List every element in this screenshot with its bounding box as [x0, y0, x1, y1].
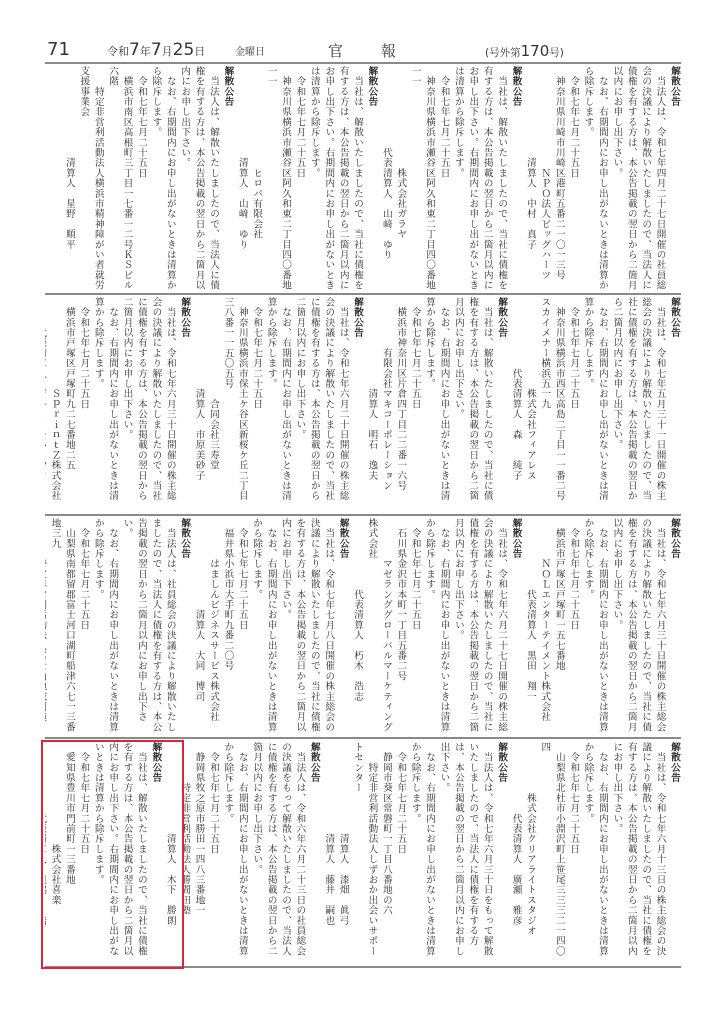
notice-title: 解散公告 — [669, 297, 680, 338]
page-header: 71 令和7年7月25日 金曜日 官報 (号外第170号) — [45, 40, 681, 62]
dissolution-notice: 解散公告 当社は、令和七年六月三十日開催の株主総会の決議により解散いたしましたの… — [45, 297, 190, 501]
date-year: 7 — [129, 40, 140, 60]
header-rule — [45, 62, 681, 64]
notice-body: 当社は、令和七年六月十三日の株主総会の決議により解散いたしましたので、当社に債権… — [511, 742, 666, 956]
issue-number-value: 170 — [521, 42, 550, 60]
notice-flow: 解散公告 当社は、令和七年六月十三日の株主総会の決議により解散いたしましたので、… — [45, 742, 681, 964]
dissolution-notice: 解散公告 当社は、令和七年五月三十一日開催の株主総会の決議により解散いたしました… — [511, 297, 680, 501]
notice-body: 当法人は、社員総会の決議により解散いたしましたので、当法人に債権を有する方は、本… — [45, 518, 176, 732]
dissolution-notice: 解散公告 当法人は、社員総会の決議により解散いたしましたので、当法人に債権を有す… — [45, 518, 190, 732]
notice-flow: 解散公告 当法人は、令和七年四月二十七日開催の社員総会の決議により解散いたしまし… — [62, 66, 681, 291]
date-era: 令和 — [107, 45, 129, 58]
date-day-suffix: 日 — [194, 45, 205, 58]
notice-body: 当法人は、令和七年四月二十七日開催の社員総会の決議により解散いたしましたので、当… — [525, 66, 666, 290]
notice-title: 解散公告 — [309, 742, 320, 783]
notice-band-1: 解散公告 当法人は、令和七年四月二十七日開催の社員総会の決議により解散いたしまし… — [45, 66, 681, 291]
notice-flow: 解散公告 当社は、令和七年六月三十日開催の株主総会の決議により解散いたしましたの… — [45, 518, 681, 734]
notice-title: 解散公告 — [150, 742, 161, 783]
page-number: 71 — [47, 39, 70, 60]
notice-title: 解散公告 — [179, 297, 190, 338]
issue-date: 令和7年7月25日 — [107, 40, 205, 60]
notice-title: 解散公告 — [669, 66, 680, 107]
notice-title: 解散公告 — [352, 297, 363, 338]
notice-body: 当社は、解散いたしましたので、当社に債権を有する方は、本公告掲載の翌日から二箇月… — [45, 742, 147, 956]
notice-title: 解散公告 — [496, 297, 507, 338]
notice-flow: 解散公告 当社は、令和七年五月三十一日開催の株主総会の決議により解散いたしました… — [45, 297, 681, 511]
band-divider — [45, 293, 681, 295]
notice-title: 解散公告 — [511, 518, 522, 559]
dissolution-notice: 解散公告 当法人は、解散いたしましたので、当法人に債権を有する方は、本公告掲載の… — [64, 66, 233, 290]
dissolution-notice: 解散公告 当法人は、令和六年六月二十三日の社員総会の決議をもって解散いたしました… — [165, 742, 320, 956]
band-divider — [45, 737, 681, 739]
notice-band-2: 解散公告 当社は、令和七年五月三十一日開催の株主総会の決議により解散いたしました… — [45, 297, 681, 511]
publication-title: 官報 — [328, 40, 434, 61]
date-month-suffix: 月 — [162, 45, 173, 58]
notice-body: 当社は、令和七年七月八日開催の株主総会の決議により解散いたしましたので、当社に債… — [194, 518, 335, 732]
notice-body: 当社は、令和七年六月二十七日開催の株主総会の決議により解散いたしましたので、当社… — [352, 518, 507, 732]
notice-body: 当社は、令和七年五月三十一日開催の株主総会の決議により解散いたしましたので、当社… — [511, 297, 666, 501]
dissolution-notice: 解散公告 当社は、解散いたしましたので、当社に債権を有する方は、本公告掲載の翌日… — [381, 66, 522, 290]
dissolution-notice: 解散公告 当社は、解散いたしましたので、当社に債権を有する方は、本公告掲載の翌日… — [237, 66, 378, 290]
notice-title: 解散公告 — [669, 518, 680, 559]
highlighted-notice: 解散公告 当社は、解散いたしましたので、当社に債権を有する方は、本公告掲載の翌日… — [45, 742, 161, 956]
weekday: 金曜日 — [235, 43, 265, 58]
footer-rule — [45, 966, 681, 968]
notice-title: 解散公告 — [222, 66, 233, 107]
dissolution-notice: 解散公告 当社は、令和七年六月三十日開催の株主総会の決議により解散いたしましたの… — [525, 518, 680, 732]
notice-title: 解散公告 — [179, 518, 190, 559]
notice-band-4: 解散公告 当社は、令和七年六月十三日の株主総会の決議により解散いたしましたので、… — [45, 742, 681, 964]
notice-title: 解散公告 — [669, 742, 680, 783]
band-divider — [45, 514, 681, 516]
dissolution-notice: 解散公告 当社は、令和七年六月二十七日開催の株主総会の決議により解散いたしました… — [352, 518, 521, 732]
dissolution-notice: 解散公告 当社は、令和七年六月十三日の株主総会の決議により解散いたしましたので、… — [511, 742, 680, 956]
notice-body: 当社は、令和七年六月三十日開催の株主総会の決議により解散いたしましたので、当社に… — [525, 518, 666, 732]
notice-body: 当法人は、令和七年六月三十日をもって解散いたしましたので、当法人に債権を有する方… — [323, 742, 492, 956]
notice-body: 当法人は、令和六年六月二十三日の社員総会の決議をもって解散いたしましたので、当法… — [165, 742, 306, 956]
issue-number: (号外第170号) — [485, 42, 564, 60]
notice-body: 当社は、解散いたしましたので、当社に債権を有する方は、本公告掲載の翌日から二箇月… — [366, 297, 492, 501]
notice-body: 当社は、解散いたしましたので、当社に債権を有する方は、本公告掲載の翌日から二箇月… — [237, 66, 363, 290]
notice-title: 解散公告 — [511, 66, 522, 107]
date-day: 25 — [173, 40, 195, 60]
date-month: 7 — [151, 40, 162, 60]
notice-title: 解散公告 — [366, 66, 377, 107]
notice-body: 当社は、令和七年六月二十日開催の株主総会の決議により解散いたしましたので、当社に… — [194, 297, 349, 501]
dissolution-notice: 解散公告 当法人は、令和七年六月三十日をもって解散いたしましたので、当法人に債権… — [323, 742, 507, 956]
dissolution-notice: 解散公告 当法人は、令和七年四月二十七日開催の社員総会の決議により解散いたしまし… — [525, 66, 680, 290]
issue-suffix: 号) — [549, 47, 564, 59]
notice-title: 解散公告 — [338, 518, 349, 559]
notice-body: 当社は、令和七年六月三十日開催の株主総会の決議により解散いたしましたので、当社に… — [45, 297, 176, 501]
notice-body: 当社は、解散いたしましたので、当社に債権を有する方は、本公告掲載の翌日から二箇月… — [381, 66, 507, 290]
notice-title: 解散公告 — [496, 742, 507, 783]
dissolution-notice: 解散公告 当社は、解散いたしましたので、当社に債権を有する方は、本公告掲載の翌日… — [366, 297, 507, 501]
notice-body: 当法人は、解散いたしましたので、当法人に債権を有する方は、本公告掲載の翌日から二… — [64, 66, 219, 290]
dissolution-notice: 解散公告 当社は、令和七年六月二十日開催の株主総会の決議により解散いたしましたの… — [194, 297, 363, 501]
notice-band-3: 解散公告 当社は、令和七年六月三十日開催の株主総会の決議により解散いたしましたの… — [45, 518, 681, 734]
issue-prefix: (号外第 — [485, 47, 521, 59]
date-year-suffix: 年 — [140, 45, 151, 58]
dissolution-notice: 解散公告 当社は、令和七年七月八日開催の株主総会の決議により解散いたしましたので… — [194, 518, 349, 732]
